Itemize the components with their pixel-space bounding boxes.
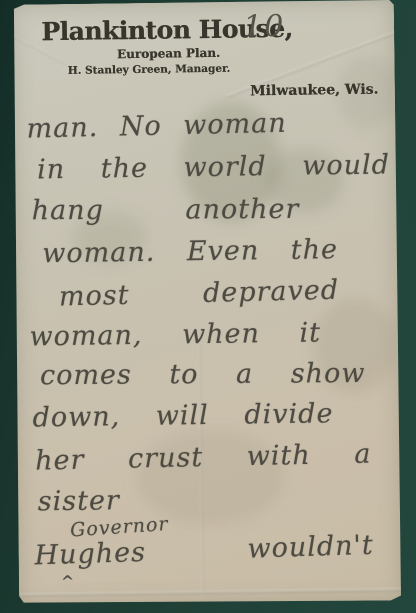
- photo-background: Plankinton House, 10 European Plan. H. S…: [0, 0, 416, 613]
- handwritten-line: comes to a show: [40, 358, 366, 391]
- handwritten-line: woman, when it: [29, 317, 321, 352]
- insertion-caret: ^: [61, 572, 75, 591]
- handwritten-room-number: 10: [243, 9, 286, 45]
- letter-paper: Plankinton House, 10 European Plan. H. S…: [11, 0, 402, 606]
- handwritten-line: woman. Even the: [42, 234, 338, 269]
- city-line: Milwaukee, Wis.: [250, 82, 378, 100]
- handwritten-line: in the world would: [37, 149, 390, 185]
- plan-line: European Plan.: [83, 45, 253, 61]
- handwritten-line: man. No woman: [26, 108, 287, 145]
- handwritten-line: down, will divide: [32, 398, 333, 433]
- handwritten-line: hang another: [32, 194, 300, 226]
- handwritten-line: sister: [38, 485, 121, 517]
- manager-line: H. Stanley Green, Manager.: [68, 63, 231, 77]
